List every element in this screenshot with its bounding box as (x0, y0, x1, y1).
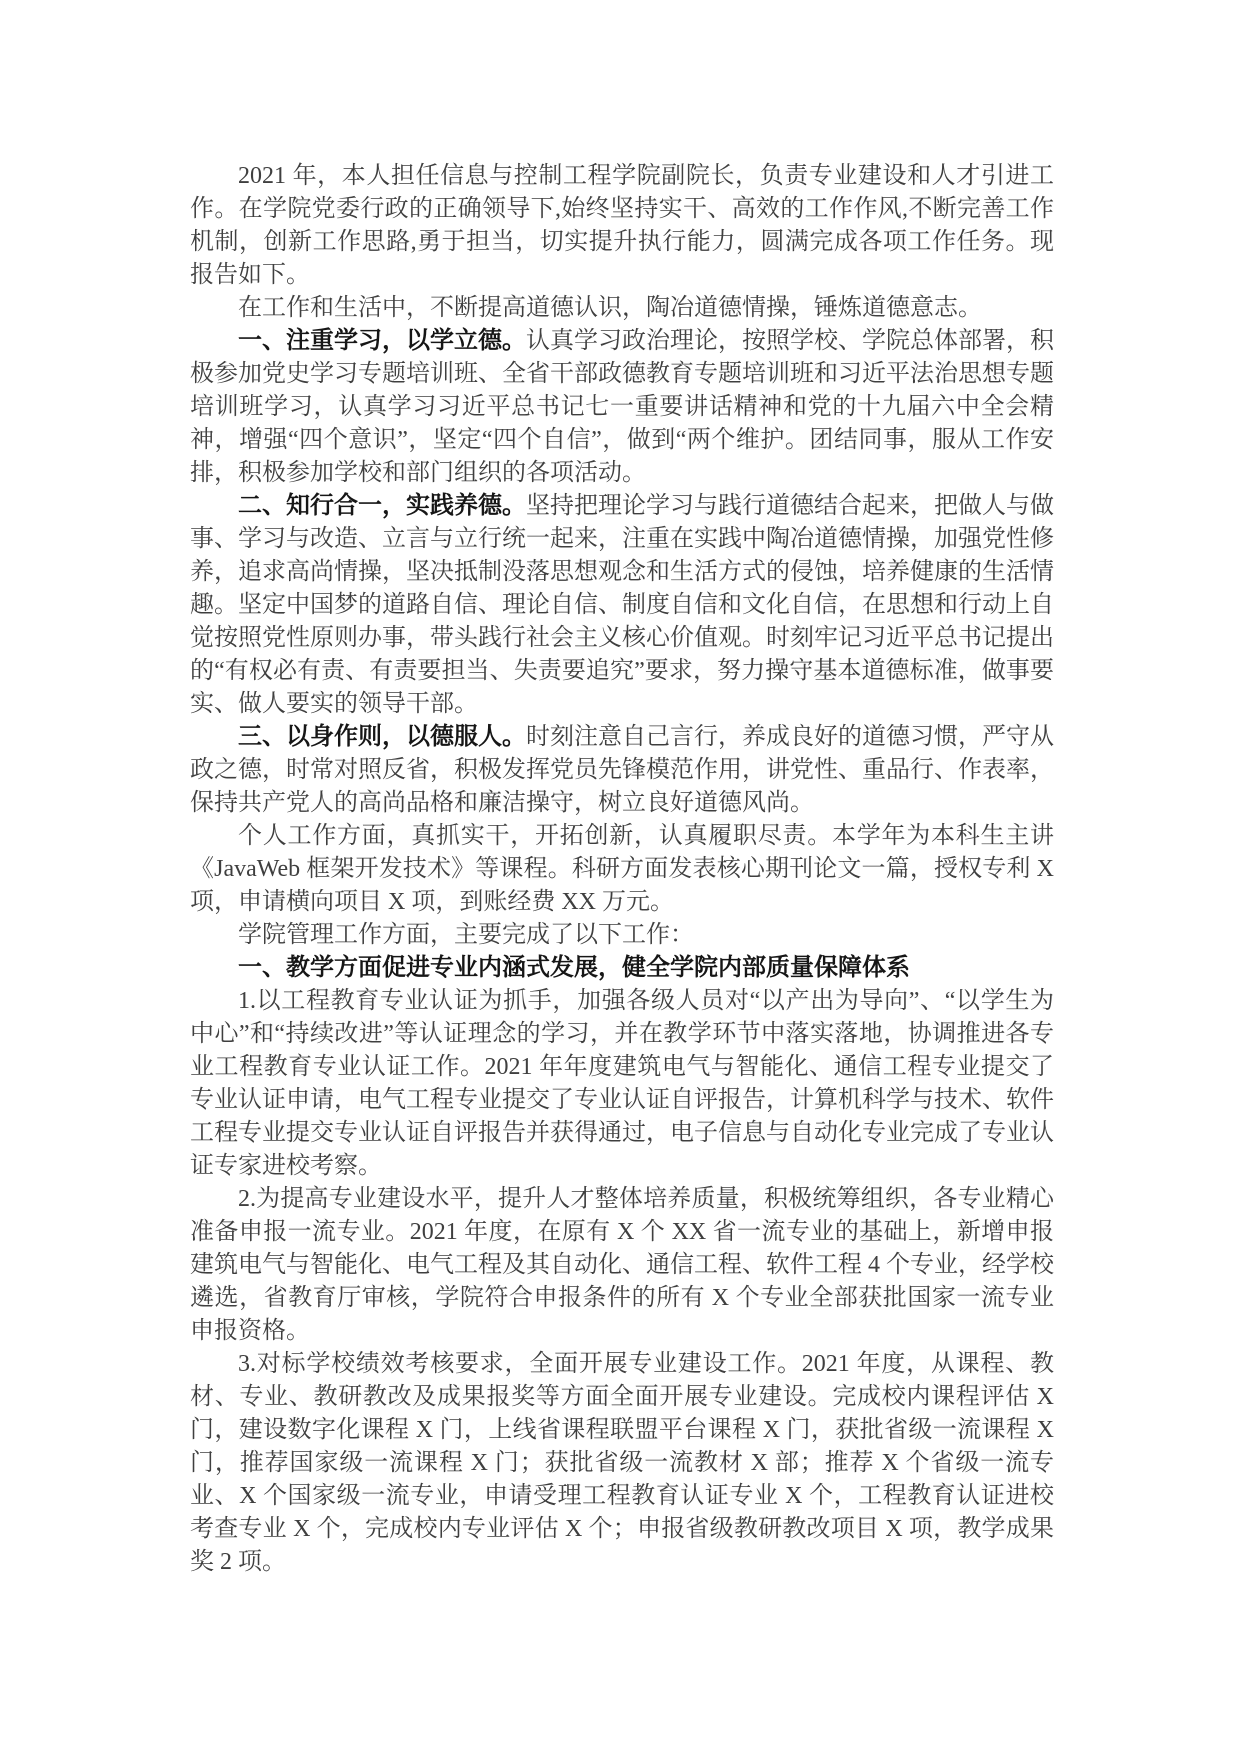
paragraph: 3.对标学校绩效考核要求，全面开展专业建设工作。2021 年度，从课程、教材、专… (190, 1348, 1054, 1579)
paragraph: 二、知行合一，实践养德。坚持把理论学习与践行道德结合起来，把做人与做事、学习与改… (190, 490, 1054, 721)
paragraph-lead: 三、以身作则，以德服人。 (238, 724, 526, 750)
paragraph: 1.以工程教育专业认证为抓手，加强各级人员对“以产出为导向”、“以学生为中心”和… (190, 985, 1054, 1183)
paragraph: 在工作和生活中，不断提高道德认识，陶冶道德情操，锤炼道德意志。 (190, 292, 1054, 325)
paragraph: 三、以身作则，以德服人。时刻注意自己言行，养成良好的道德习惯，严守从政之德，时常… (190, 721, 1054, 820)
paragraph-lead: 一、注重学习，以学立德。 (238, 328, 526, 354)
paragraph: 2021 年，本人担任信息与控制工程学院副院长，负责专业建设和人才引进工作。在学… (190, 160, 1054, 292)
paragraph-lead: 二、知行合一，实践养德。 (238, 493, 526, 519)
paragraph: 2.为提高专业建设水平，提升人才整体培养质量，积极统筹组织，各专业精心准备申报一… (190, 1183, 1054, 1348)
paragraph: 一、注重学习，以学立德。认真学习政治理论，按照学校、学院总体部署，积极参加党史学… (190, 325, 1054, 490)
section-heading: 一、教学方面促进专业内涵式发展，健全学院内部质量保障体系 (190, 952, 1054, 985)
paragraph: 学院管理工作方面，主要完成了以下工作： (190, 919, 1054, 952)
document-body: 2021 年，本人担任信息与控制工程学院副院长，负责专业建设和人才引进工作。在学… (190, 160, 1054, 1579)
paragraph: 个人工作方面，真抓实干，开拓创新，认真履职尽责。本学年为本科生主讲《JavaWe… (190, 820, 1054, 919)
document-page: 2021 年，本人担任信息与控制工程学院副院长，负责专业建设和人才引进工作。在学… (0, 0, 1240, 1754)
